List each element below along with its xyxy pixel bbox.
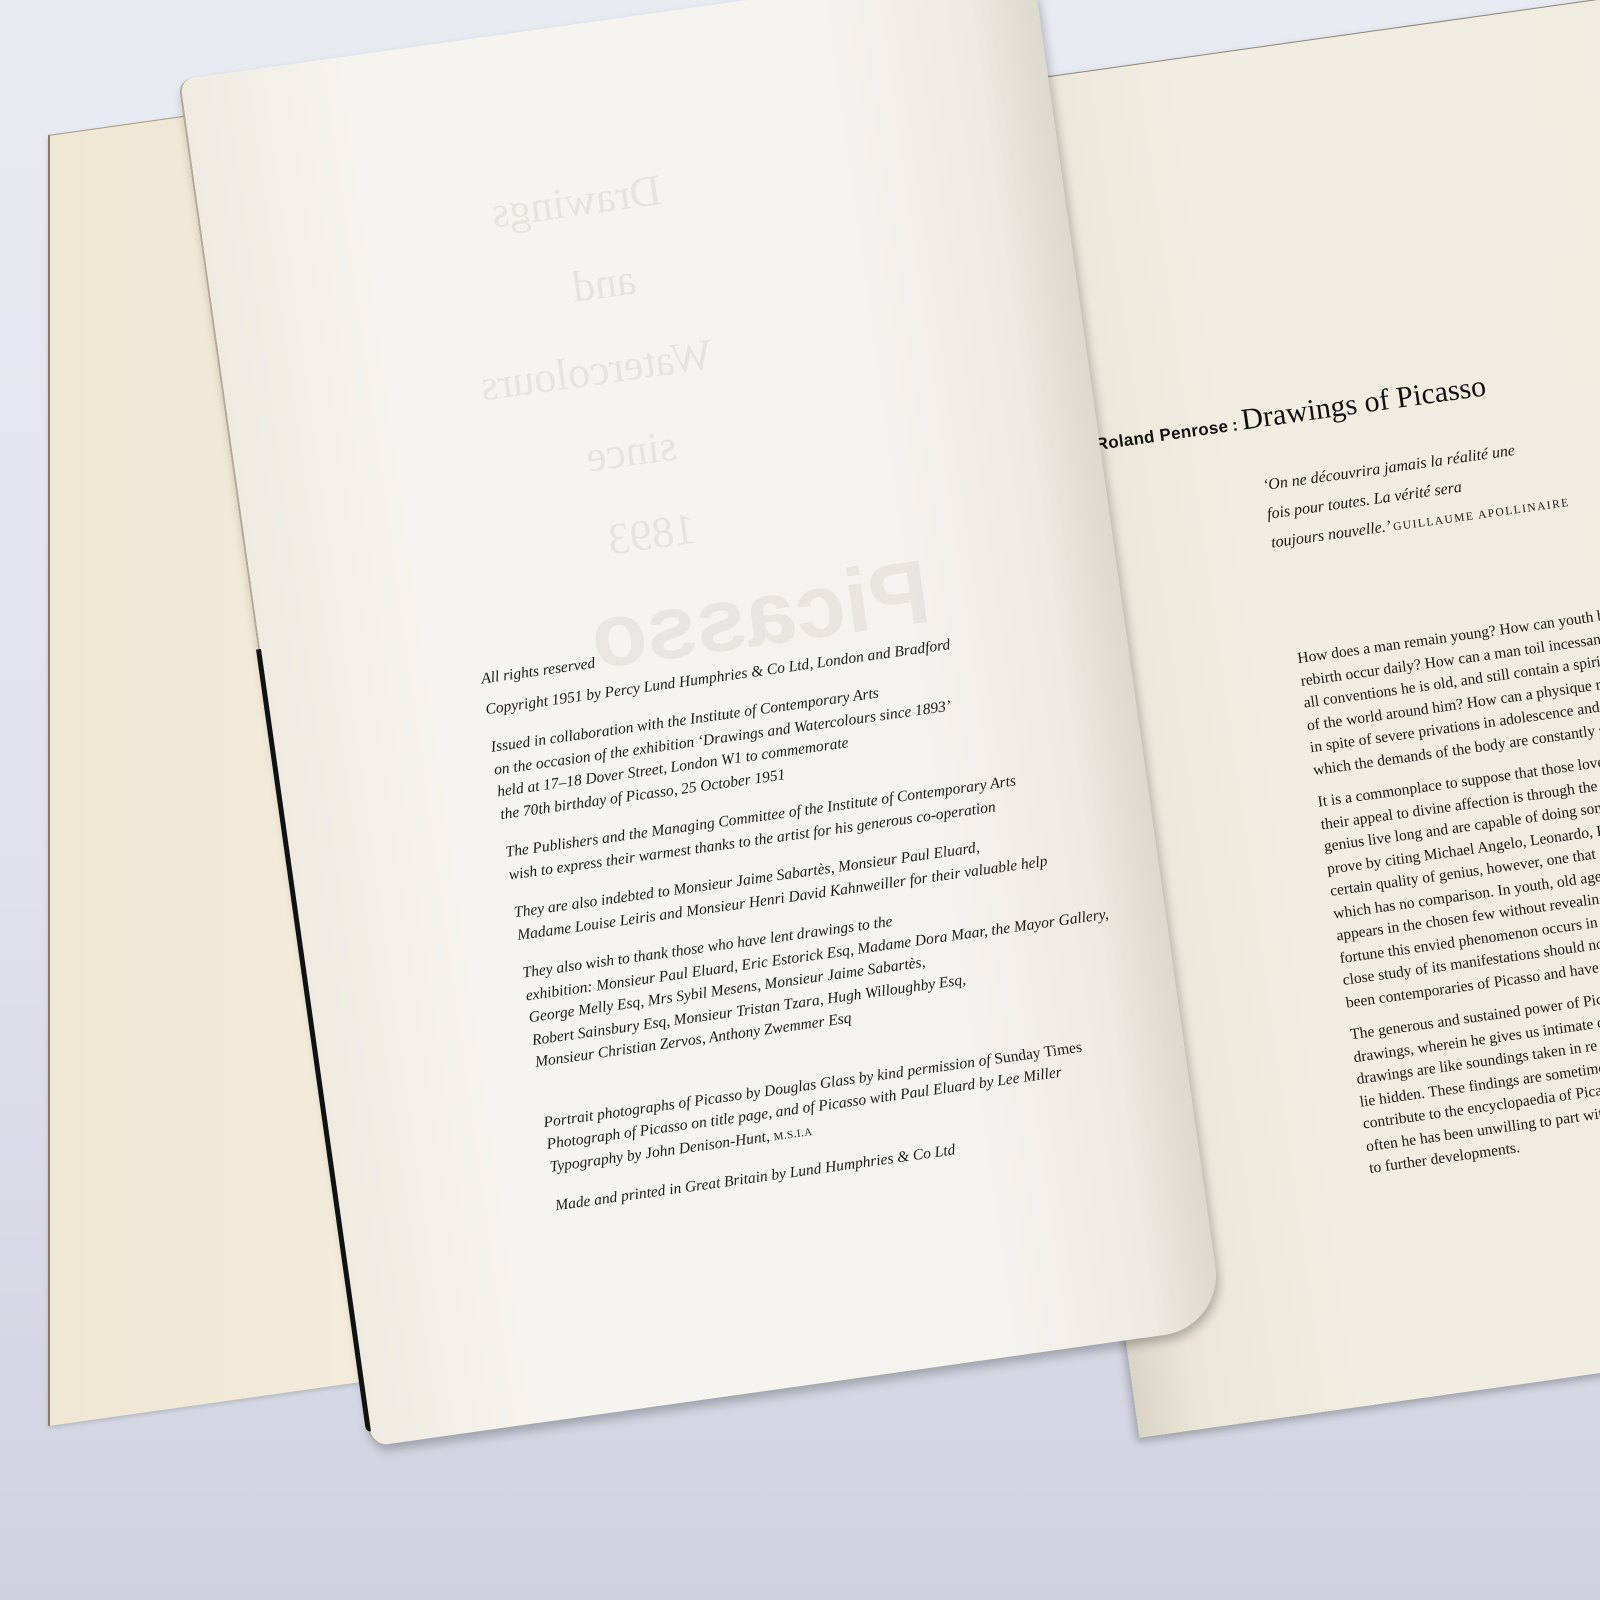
paragraph: It is a commonplace to suppose that thos… [1316, 742, 1600, 1015]
copyright-block: All rights reserved Copyright 1951 by Pe… [480, 587, 1142, 1234]
show-through-text: since [583, 419, 680, 482]
show-through-text: 1893 [605, 503, 699, 566]
essay-body: How does a man remain young? How can you… [1296, 599, 1600, 1191]
heading-separator: : [1231, 415, 1240, 435]
epigraph: ‘On ne découvrira jamais la réalité une … [1261, 429, 1572, 559]
paragraph: How does a man remain young? How can you… [1296, 599, 1600, 782]
show-through-text: and [569, 253, 639, 312]
credit-qualification: M.S.I.A [773, 1125, 814, 1142]
chapter-title: Drawings of Picasso [1239, 369, 1488, 436]
author-name: Roland Penrose [1094, 417, 1229, 454]
show-through-text: Drawings [488, 164, 665, 238]
show-through-text: Watercolours [477, 329, 715, 412]
chapter-heading: Roland Penrose : Drawings of Picasso [1093, 369, 1488, 458]
